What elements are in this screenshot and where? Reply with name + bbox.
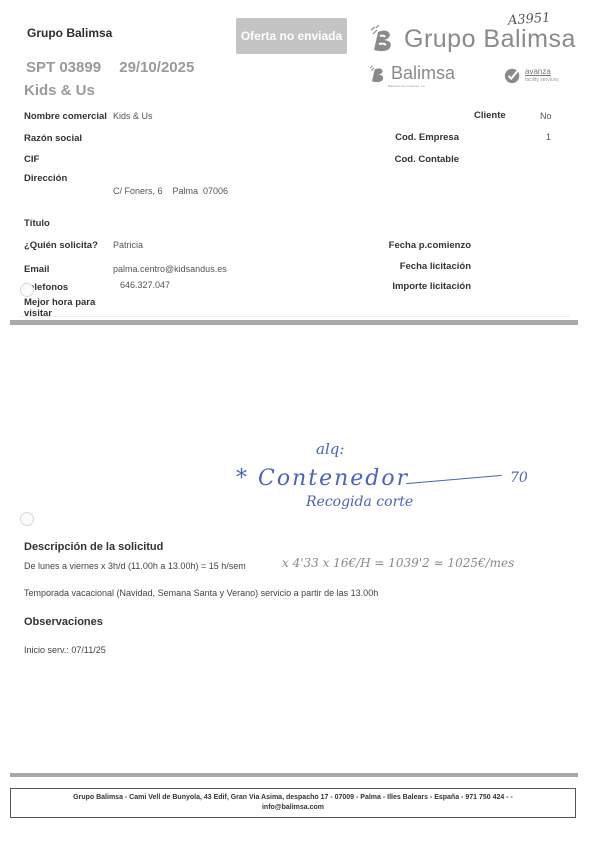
balimsa-b-icon [368,24,398,54]
value-cliente: No [540,111,552,121]
handwritten-calculation: x 4'33 x 16€/H = 1039'2 ≈ 1025€/mes [282,556,514,570]
divider-bottom [10,773,578,777]
footer: Grupo Balimsa - Cami Vell de Bunyola, 43… [10,788,576,818]
balimsa-logo: Balimsa Balsones de Limpiezas, s.a. [368,64,455,88]
label-fecha-licitacion: Fecha licitación [341,261,471,272]
document-code: SPT 03899 [26,59,101,76]
divider-top [10,320,578,325]
logo-sub-tagline: Balsones de Limpiezas, s.a. [388,84,455,88]
avanza-tagline: facility services [525,76,559,84]
balimsa-b-small-icon [368,64,388,84]
label-titulo: Título [24,218,50,229]
label-direccion: Dirección [24,173,67,184]
description-title: Descripción de la solicitud [24,541,163,553]
handwritten-recogida: Recogida corte [306,494,413,510]
value-email: palma.centro@kidsandus.es [113,264,227,274]
description-line-1: De lunes a viernes x 3h/d (11.00h a 13.0… [24,561,246,571]
punch-hole [20,283,34,297]
label-nombre-comercial: Nombre comercial [24,111,107,122]
punch-hole [20,512,34,526]
logo-sub-text: Balimsa [391,63,455,83]
label-razon-social: Razón social [24,133,82,144]
label-cod-contable: Cod. Contable [329,154,459,165]
logo-main-text: Grupo Balimsa [404,25,576,54]
document-id: SPT 03899 29/10/2025 [26,59,208,76]
value-cod-empresa: 1 [546,132,551,142]
divider-thin [20,316,570,317]
handwritten-code: A3951 [508,11,551,29]
company-name: Grupo Balimsa [27,26,112,40]
label-cod-empresa: Cod. Empresa [329,132,459,143]
value-quien-solicita: Patricia [113,240,143,250]
status-badge: Oferta no enviada [236,18,347,54]
label-quien-solicita: ¿Quién solicita? [24,240,98,251]
handwritten-number: 70 [510,470,528,486]
description-line-2: Temporada vacacional (Navidad, Semana Sa… [24,588,378,598]
footer-address: Grupo Balimsa - Cami Vell de Bunyola, 43… [11,793,575,803]
grupo-balimsa-logo: Grupo Balimsa [368,24,576,54]
observations-title: Observaciones [24,616,103,628]
observations-text: Inicio serv.: 07/11/25 [24,645,106,655]
label-email: Email [24,264,49,275]
label-importe-licitacion: Importe licitación [341,281,471,292]
label-cliente: Cliente [474,110,506,121]
handwritten-underline [406,475,502,484]
handwritten-contenedor: * Contenedor [236,466,409,491]
document-date: 29/10/2025 [119,59,194,76]
value-telefonos: 646.327.047 [120,280,170,290]
avanza-check-icon [504,66,522,84]
value-nombre-comercial: Kids & Us [113,111,153,121]
avanza-logo: avanza facility services [504,66,559,84]
label-cif: CIF [24,154,39,165]
footer-email: info@balimsa.com [11,803,575,813]
handwritten-alq: alq: [316,440,344,458]
client-title: Kids & Us [24,82,95,99]
avanza-text: avanza [525,67,551,76]
label-fecha-comienzo: Fecha p.comienzo [341,240,471,251]
value-direccion: C/ Foners, 6 Palma 07006 [113,186,228,196]
